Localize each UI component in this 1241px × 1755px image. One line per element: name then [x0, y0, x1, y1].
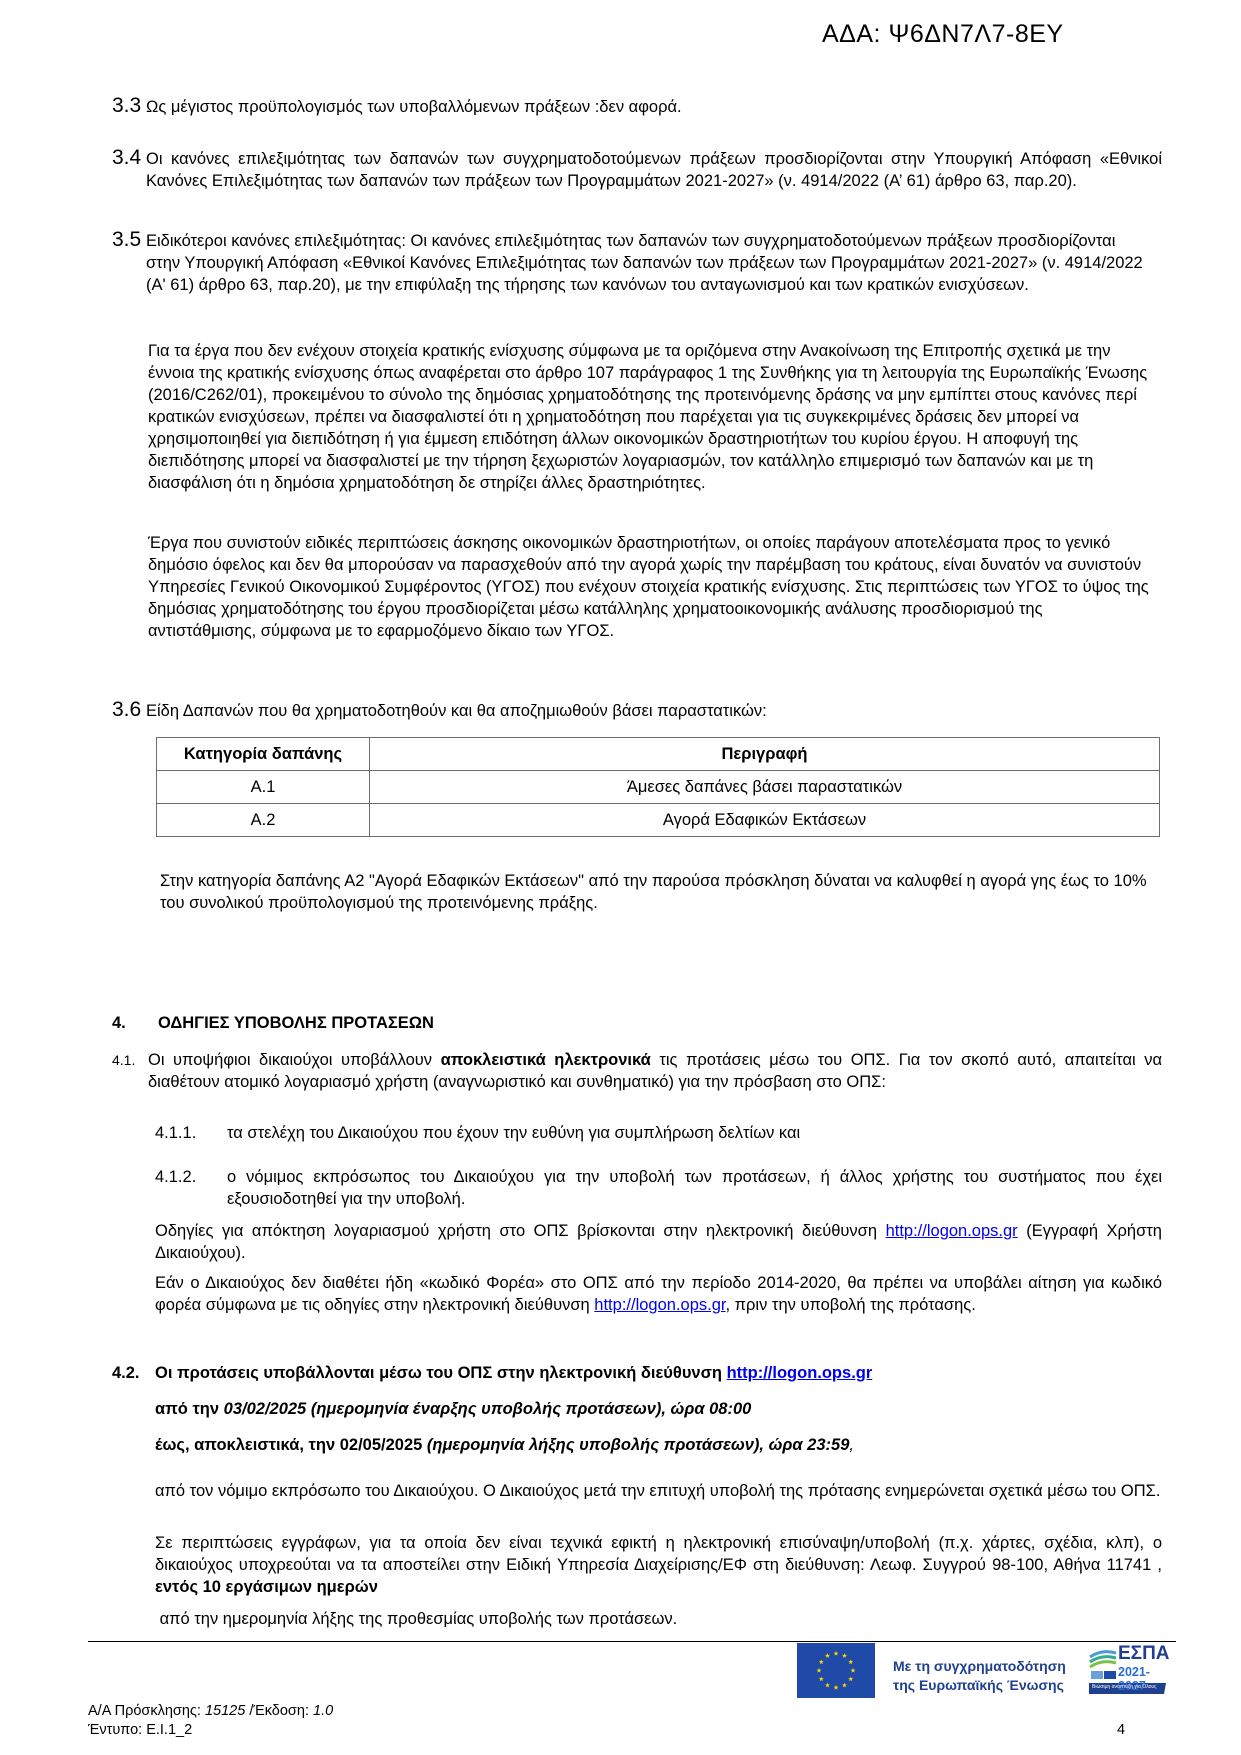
section-3-3: 3.3 Ως μέγιστος προϋπολογισμός των υποβα… [112, 96, 1162, 118]
section-4-1-1: 4.1.1. τα στελέχη του Δικαιούχου που έχο… [155, 1122, 1162, 1144]
section-4-1: 4.1. Οι υποψήφιοι δικαιούχοι υποβάλλουν … [112, 1049, 1162, 1093]
land-purchase-note: Στην κατηγορία δαπάνης Α2 "Αγορά Εδαφικώ… [160, 870, 1150, 914]
text-part: Οι υποψήφιοι δικαιούχοι υποβάλλουν [148, 1051, 441, 1069]
submission-end: έως, αποκλειστικά, την 02/05/2025 (ημερο… [155, 1436, 854, 1455]
section-text: Ειδικότεροι κανόνες επιλεξιμότητας: Οι κ… [112, 230, 1146, 296]
eu-text-line: Με τη συγχρηματοδότηση [893, 1657, 1066, 1676]
item-text: Οι υποψήφιοι δικαιούχοι υποβάλλουν αποκλ… [112, 1049, 1162, 1093]
item-number: 4.2. [112, 1362, 155, 1384]
item-number: 4.1. [112, 1049, 135, 1071]
espa-title: ΕΣΠΑ [1118, 1643, 1170, 1665]
state-aid-paragraph: Για τα έργα που δεν ενέχουν στοιχεία κρα… [148, 340, 1153, 494]
submission-start: από την 03/02/2025 (ημερομηνία έναρξης υ… [155, 1400, 751, 1419]
footer-info: Α/Α Πρόσκλησης: 15125 /Έκδοση: 1.0 Έντυπ… [88, 1702, 333, 1740]
section-text: Είδη Δαπανών που θα χρηματοδοτηθούν και … [112, 700, 1162, 722]
section-number: 4. [112, 1014, 158, 1033]
cell-category: Α.1 [157, 771, 370, 804]
ops-logon-link[interactable]: http://logon.ops.gr [594, 1296, 725, 1314]
ops-logon-link[interactable]: http://logon.ops.gr [886, 1222, 1018, 1240]
call-info: Α/Α Πρόσκλησης: 15125 /Έκδοση: 1.0 [88, 1702, 333, 1721]
ops-logon-link[interactable]: http://logon.ops.gr [727, 1364, 873, 1382]
eu-stars-icon [797, 1643, 875, 1698]
eu-cofunding-text: Με τη συγχρηματοδότηση της Ευρωπαϊκής Έν… [893, 1657, 1066, 1695]
cell-description: Αγορά Εδαφικών Εκτάσεων [370, 804, 1160, 837]
section-4-heading: 4.ΟΔΗΓΙΕΣ ΥΠΟΒΟΛΗΣ ΠΡΟΤΑΣΕΩΝ [112, 1014, 434, 1033]
section-text: Οι κανόνες επιλεξιμότητας των δαπανών τω… [112, 148, 1162, 192]
section-4-2: 4.2.Οι προτάσεις υποβάλλονται μέσω του Ο… [112, 1362, 1162, 1384]
deadline-emphasis: εντός 10 εργάσιμων ημερών [155, 1578, 378, 1596]
section-text: Ως μέγιστος προϋπολογισμός των υποβαλλόμ… [112, 96, 1162, 118]
section-3-6: 3.6 Είδη Δαπανών που θα χρηματοδοτηθούν … [112, 700, 1162, 722]
espa-tagline: Βιώσιμη ανάπτυξη για Όλους [1092, 1684, 1157, 1690]
footer-divider [88, 1641, 1176, 1642]
eu-text-line: της Ευρωπαϊκής Ένωσης [893, 1676, 1066, 1695]
cell-description: Άμεσες δαπάνες βάσει παραστατικών [370, 771, 1160, 804]
table-header-row: Κατηγορία δαπάνης Περιγραφή [157, 738, 1160, 771]
column-header-category: Κατηγορία δαπάνης [157, 738, 370, 771]
section-number: 3.3 [112, 95, 141, 117]
start-date: 03/02/2025 (ημερομηνία έναρξης υποβολής … [224, 1400, 752, 1418]
sgei-paragraph: Έργα που συνιστούν ειδικές περιπτώσεις ά… [148, 532, 1153, 642]
expense-categories-table: Κατηγορία δαπάνης Περιγραφή Α.1 Άμεσες δ… [156, 737, 1160, 837]
cell-category: Α.2 [157, 804, 370, 837]
section-number: 3.6 [112, 699, 141, 721]
table-row: Α.2 Αγορά Εδαφικών Εκτάσεων [157, 804, 1160, 837]
section-4-1-2: 4.1.2. ο νόμιμος εκπρόσωπος του Δικαιούχ… [155, 1166, 1162, 1210]
entity-code-instructions: Εάν ο Δικαιούχος δεν διαθέτει ήδη «κωδικ… [155, 1272, 1162, 1316]
ada-code: ΑΔΑ: Ψ6ΔΝ7Λ7-8ΕΥ [822, 20, 1064, 49]
column-header-description: Περιγραφή [370, 738, 1160, 771]
section-number: 3.5 [112, 229, 141, 251]
item-text: Οι προτάσεις υποβάλλονται μέσω του ΟΠΣ σ… [155, 1364, 727, 1382]
item-text: τα στελέχη του Δικαιούχου που έχουν την … [155, 1122, 1162, 1144]
issue-label: /Έκδοση: [245, 1703, 313, 1719]
text-part: Σε περιπτώσεις εγγράφων, για τα οποία δε… [155, 1534, 1162, 1574]
account-instructions: Οδηγίες για απόκτηση λογαριασμού χρήστη … [155, 1220, 1162, 1264]
eu-flag-icon [797, 1643, 875, 1698]
text-part: Οδηγίες για απόκτηση λογαριασμού χρήστη … [155, 1222, 886, 1240]
call-number: 15125 [205, 1703, 245, 1719]
text-part: , [849, 1436, 854, 1454]
section-number: 3.4 [112, 147, 141, 169]
page-number: 4 [1117, 1722, 1125, 1738]
espa-logo: ΕΣΠΑ 2021-2027 Βιώσιμη ανάπτυξη για Όλου… [1088, 1645, 1168, 1695]
section-3-4: 3.4 Οι κανόνες επιλεξιμότητας των δαπανώ… [112, 148, 1162, 192]
item-text: ο νόμιμος εκπρόσωπος του Δικαιούχου για … [155, 1166, 1162, 1210]
emphasis-text: αποκλειστικά ηλεκτρονικά [441, 1051, 651, 1069]
item-number: 4.1.2. [155, 1166, 196, 1188]
form-code: Έντυπο: Ε.Ι.1_2 [88, 1721, 333, 1740]
physical-documents-paragraph: Σε περιπτώσεις εγγράφων, για τα οποία δε… [155, 1532, 1162, 1598]
call-label: Α/Α Πρόσκλησης: [88, 1703, 205, 1719]
text-part: από την [155, 1400, 224, 1418]
submitter-paragraph: από τον νόμιμο εκπρόσωπο του Δικαιούχου.… [155, 1480, 1162, 1502]
table-row: Α.1 Άμεσες δαπάνες βάσει παραστατικών [157, 771, 1160, 804]
issue-number: 1.0 [313, 1703, 333, 1719]
deadline-paragraph: από την ημερομηνία λήξης της προθεσμίας … [155, 1608, 1162, 1630]
item-number: 4.1.1. [155, 1122, 196, 1144]
section-title: ΟΔΗΓΙΕΣ ΥΠΟΒΟΛΗΣ ΠΡΟΤΑΣΕΩΝ [158, 1014, 434, 1032]
text-part: , πριν την υποβολή της πρότασης. [725, 1296, 975, 1314]
end-date: (ημερομηνία λήξης υποβολής προτάσεων), ώ… [427, 1436, 849, 1454]
text-part: έως, αποκλειστικά, την 02/05/2025 [155, 1436, 427, 1454]
section-3-5: 3.5 Ειδικότεροι κανόνες επιλεξιμότητας: … [112, 230, 1162, 296]
